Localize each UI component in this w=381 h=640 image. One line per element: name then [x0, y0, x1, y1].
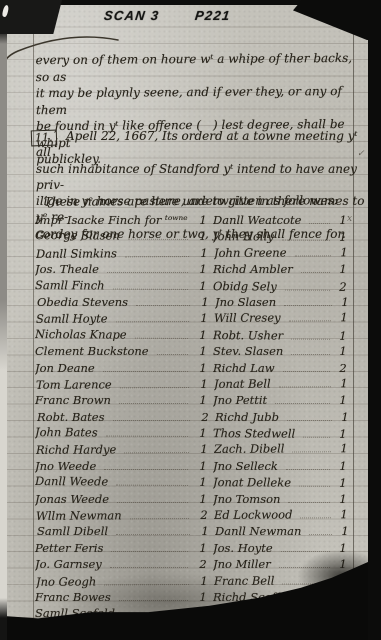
name-right: Jonat Bell [214, 376, 336, 391]
leader-dots [300, 517, 331, 518]
horse-count-right: 2 [335, 361, 351, 375]
horse-count-left: 1 [195, 295, 215, 309]
name-right: Stev. Slasen [213, 344, 335, 358]
horse-count-left: 1 [193, 213, 213, 227]
list-row: Impr Isacke Finch for ᵗᵒʷⁿᵉ 1 Danll Weat… [35, 213, 351, 229]
name-left: Tom Larence [36, 377, 194, 392]
name-left: John Bates [35, 425, 193, 440]
leader-dots [125, 256, 189, 257]
name-left: Jon Deane [35, 361, 193, 375]
horse-count-left: 1 [193, 541, 213, 555]
list-row: Samll Finch 1 Obidg Sely 2 [35, 278, 351, 296]
name-left: Wllm Newman [36, 508, 194, 523]
horse-count-right: 1 [335, 329, 351, 343]
leader-dots [301, 272, 330, 273]
name-right: John Holly [213, 230, 335, 245]
page-margin-line-left [33, 0, 34, 640]
horse-count-left: 2 [194, 508, 214, 522]
leader-dots [295, 255, 331, 256]
leader-dots [117, 502, 188, 503]
list-row: Robt. Bates 2 Richd Jubb 1 [37, 410, 353, 426]
horse-count-left: 1 [193, 344, 213, 358]
name-right: Danll Weatcote [213, 213, 335, 227]
name-left: Jo. Garnsey [35, 557, 193, 571]
leader-dots [130, 518, 189, 519]
leader-dots [116, 485, 188, 486]
list-row: Tom Larence 1 Jonat Bell 1 [36, 376, 352, 394]
horse-count-right: 1 [336, 311, 352, 325]
page-number-stamp: P221 [194, 8, 231, 23]
leader-dots [113, 420, 190, 421]
scan-corner-top-left [0, 0, 62, 34]
leader-dots [106, 436, 188, 438]
leader-dots [157, 354, 188, 355]
name-left: Nicholas Knape [35, 327, 193, 342]
leader-dots [275, 403, 330, 404]
horse-count-left: 1 [193, 492, 213, 506]
horse-count-left: 2 [193, 557, 213, 571]
leader-dots [116, 321, 189, 322]
margin-check-mark: ✓ [357, 149, 365, 159]
horse-count-left: 1 [194, 311, 214, 325]
name-right: Jno Tomson [213, 492, 335, 506]
horse-count-left: 1 [194, 377, 214, 391]
name-left: Jos. Theale [35, 262, 193, 276]
horse-count-left: 1 [194, 442, 214, 456]
list-row: Jos. Theale 1 Richd Ambler 1 [35, 262, 351, 278]
name-left: Impr Isacke Finch for ᵗᵒʷⁿᵉ [35, 213, 193, 227]
name-left: Samll Hoyte [36, 311, 194, 326]
leader-dots [107, 272, 188, 273]
list-row: Obedia Stevens 1 Jno Slasen 1 [37, 295, 353, 311]
leader-dots [113, 288, 188, 289]
list-row: Jon Deane 1 Richd Law 2 [35, 361, 351, 377]
leader-dots [128, 239, 188, 240]
name-right: Danll Newman [215, 524, 337, 538]
horse-count-left: 1 [193, 459, 213, 473]
name-left: Samll Finch [35, 278, 193, 293]
name-left: Clement Buckstone [35, 344, 193, 358]
list-row: Nicholas Knape 1 Robt. Usher 1 [35, 327, 351, 345]
horse-count-left: 1 [193, 262, 213, 276]
name-right: Richd Jubb [215, 410, 337, 424]
list-intro-line: These names are here underwritten as fol… [44, 193, 338, 209]
horse-count-right: 1 [335, 230, 351, 244]
list-row: Franc Brown 1 Jno Pettit 1 [35, 393, 351, 409]
leader-dots [292, 452, 331, 453]
scan-number-stamp: SCAN 3 [103, 8, 160, 23]
horse-count-left: 1 [193, 279, 213, 293]
leader-dots [287, 420, 332, 421]
list-row: Jonas Weede 1 Jno Tomson 1 [35, 492, 351, 508]
horse-count-right: 2 [335, 279, 351, 293]
leader-dots [303, 437, 330, 438]
horse-count-right: 1 [336, 376, 352, 390]
list-row: Samll Hoyte 1 Will Cresey 1 [36, 311, 352, 329]
horse-count-right: 1 [337, 410, 353, 424]
leader-dots [103, 371, 188, 372]
name-left: Danll Simkins [36, 246, 194, 261]
name-left: Samll Dibell [37, 524, 195, 538]
name-right: Ed Lockwood [214, 507, 336, 522]
name-left: Jonas Weede [35, 492, 193, 506]
list-row: Jno Weede 1 Jno Selleck 1 [35, 459, 351, 475]
name-left: Petter Feris [35, 541, 193, 555]
leader-dots [309, 534, 332, 535]
leader-dots [282, 240, 330, 241]
name-right: Obidg Sely [213, 279, 335, 294]
list-row: Danll Weede 1 Jonat Delleke 1 [35, 474, 351, 492]
horse-count-right: 1 [335, 344, 351, 358]
horse-count-right: 1 [336, 245, 352, 259]
name-left: Jno Weede [35, 459, 193, 473]
leader-dots [291, 354, 330, 355]
scan-edge-left [0, 0, 7, 640]
leader-dots [284, 305, 332, 306]
horse-count-right: 1 [335, 393, 351, 407]
name-right: Richd Law [213, 361, 335, 375]
leader-dots [124, 452, 189, 453]
name-right: John Greene [214, 245, 336, 260]
list-row: Richd Hardye 1 Zach. Dibell 1 [36, 442, 352, 460]
name-left: Richd Hardye [36, 442, 194, 457]
margin-check-mark: x [347, 214, 352, 224]
leader-dots [286, 469, 330, 470]
scan-edge-right [368, 0, 381, 640]
leader-dots [110, 567, 188, 568]
leader-dots [299, 486, 330, 487]
leader-dots [120, 387, 189, 388]
leader-dots [279, 386, 331, 387]
name-left: Robt. Bates [37, 410, 195, 424]
scanned-document-page: SCAN 3 P221 every on of them on houre wᵗ… [0, 0, 381, 640]
horse-count-left: 1 [193, 328, 213, 342]
horse-count-left: 1 [193, 426, 213, 440]
name-right: Jonat Delleke [213, 475, 335, 490]
name-right: Zach. Dibell [214, 442, 336, 457]
list-row: George Slasen 1 John Holly 1 [35, 228, 351, 246]
horse-count-left: 1 [193, 393, 213, 407]
horse-count-left: 1 [193, 361, 213, 375]
name-left: George Slasen [35, 228, 193, 243]
horse-count-right: 1 [337, 295, 353, 309]
list-row: Samll Dibell 1 Danll Newman 1 [37, 524, 353, 540]
name-left: Obedia Stevens [37, 295, 195, 309]
horse-count-left: 2 [195, 410, 215, 424]
list-row: Wllm Newman 2 Ed Lockwood 1 [36, 507, 352, 525]
name-right: Jno Pettit [213, 393, 335, 407]
horse-count-right: 1 [335, 262, 351, 276]
name-right: Jno Selleck [213, 459, 335, 473]
name-right: Richd Ambler [213, 262, 335, 276]
leader-dots [288, 502, 330, 503]
leader-dots [111, 551, 188, 552]
horse-count-left: 1 [193, 475, 213, 489]
leader-dots [136, 305, 190, 306]
name-right: Robt. Usher [213, 328, 335, 343]
leader-dots [285, 289, 330, 290]
name-right: Jno Slasen [215, 295, 337, 309]
horse-count-left: 1 [193, 229, 213, 243]
leader-dots [289, 321, 331, 322]
list-row: Danll Simkins 1 John Greene 1 [36, 245, 352, 263]
horse-count-right: 1 [337, 524, 353, 538]
horse-count-left: 1 [195, 524, 215, 538]
horse-count-right: 1 [335, 427, 351, 441]
name-left: Franc Brown [35, 393, 193, 407]
horse-count-right: 1 [336, 507, 352, 521]
leader-dots [119, 403, 188, 404]
name-left: Danll Weede [35, 474, 193, 489]
horse-count-right: 1 [335, 459, 351, 473]
leader-dots [309, 223, 330, 224]
horse-count-right: 1 [335, 476, 351, 490]
leader-dots [116, 534, 190, 535]
list-row: Clement Buckstone 1 Stev. Slasen 1 [35, 344, 351, 360]
leader-dots [283, 371, 330, 372]
name-right: Will Cresey [214, 311, 336, 326]
leader-dots [104, 469, 188, 470]
name-right: Thos Stedwell [213, 426, 335, 441]
horse-count-right: 1 [335, 492, 351, 506]
leader-dots [135, 337, 188, 338]
leader-dots [291, 338, 330, 339]
horse-count-right: 1 [336, 442, 352, 456]
horse-count-left: 1 [194, 246, 214, 260]
